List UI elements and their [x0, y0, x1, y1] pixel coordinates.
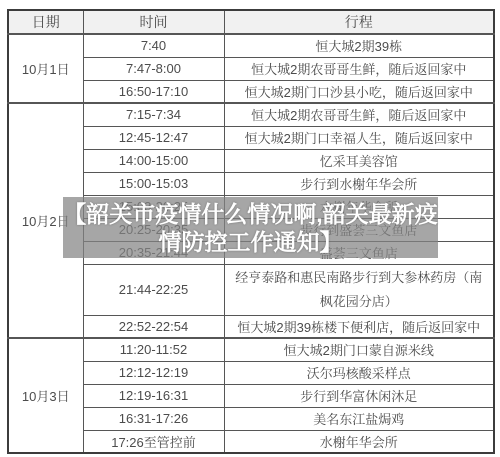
- time-cell: 21:44-22:25: [83, 264, 224, 315]
- itinerary-cell: 恒大城2期农哥哥生鲜，随后返回家中: [224, 103, 494, 126]
- table-row: 10月1日7:40恒大城2期39栋: [8, 34, 494, 57]
- itinerary-cell: 恒大城2期39栋: [224, 34, 494, 57]
- col-header-itinerary: 行程: [224, 10, 494, 34]
- time-cell: 7:15-7:34: [83, 103, 224, 126]
- itinerary-cell: 恒大城2期门口幸福人生，随后返回家中: [224, 126, 494, 149]
- header-row: 日期 时间 行程: [8, 10, 494, 34]
- table-row: 10月3日11:20-11:52恒大城2期门口蒙自源米线: [8, 338, 494, 361]
- time-cell: 17:26至管控前: [83, 430, 224, 453]
- time-cell: 16:31-17:26: [83, 407, 224, 430]
- time-cell: 7:47-8:00: [83, 57, 224, 80]
- itinerary-cell: 恒大城2期39栋楼下便利店，随后返回家中: [224, 315, 494, 338]
- itinerary-cell: 恒大城2期门口蒙自源米线: [224, 338, 494, 361]
- time-cell: 22:52-22:54: [83, 315, 224, 338]
- watermark-text-line1: 【韶关市疫情什么情况啊,韶关最新疫: [63, 200, 437, 228]
- time-cell: 11:20-11:52: [83, 338, 224, 361]
- itinerary-cell: 经亨泰路和惠民南路步行到大参林药房（南枫花园分店）: [224, 264, 494, 315]
- watermark-overlay: 【韶关市疫情什么情况啊,韶关最新疫 情防控工作通知】: [63, 197, 438, 258]
- time-cell: 7:40: [83, 34, 224, 57]
- time-cell: 12:19-16:31: [83, 384, 224, 407]
- itinerary-cell: 忆采耳美容馆: [224, 149, 494, 172]
- date-cell: 10月3日: [8, 338, 83, 453]
- time-cell: 15:00-15:03: [83, 172, 224, 195]
- itinerary-cell: 沃尔玛核酸采样点: [224, 361, 494, 384]
- table-row: 10月2日7:15-7:34恒大城2期农哥哥生鲜，随后返回家中: [8, 103, 494, 126]
- itinerary-cell: 恒大城2期农哥哥生鲜，随后返回家中: [224, 57, 494, 80]
- time-cell: 12:45-12:47: [83, 126, 224, 149]
- itinerary-cell: 水榭年华会所: [224, 430, 494, 453]
- time-cell: 12:12-12:19: [83, 361, 224, 384]
- time-cell: 16:50-17:10: [83, 80, 224, 103]
- page: 日期 时间 行程 10月1日7:40恒大城2期39栋7:47-8:00恒大城2期…: [0, 0, 500, 457]
- col-header-time: 时间: [83, 10, 224, 34]
- watermark-text-line2: 情防控工作通知】: [159, 228, 343, 256]
- table-header: 日期 时间 行程: [8, 10, 494, 34]
- col-header-date: 日期: [8, 10, 83, 34]
- itinerary-cell: 步行到水榭年华会所: [224, 172, 494, 195]
- itinerary-cell: 恒大城2期门口沙县小吃，随后返回家中: [224, 80, 494, 103]
- time-cell: 14:00-15:00: [83, 149, 224, 172]
- itinerary-cell: 步行到华富休闲沐足: [224, 384, 494, 407]
- date-cell: 10月1日: [8, 34, 83, 103]
- itinerary-cell: 美名东江盐焗鸡: [224, 407, 494, 430]
